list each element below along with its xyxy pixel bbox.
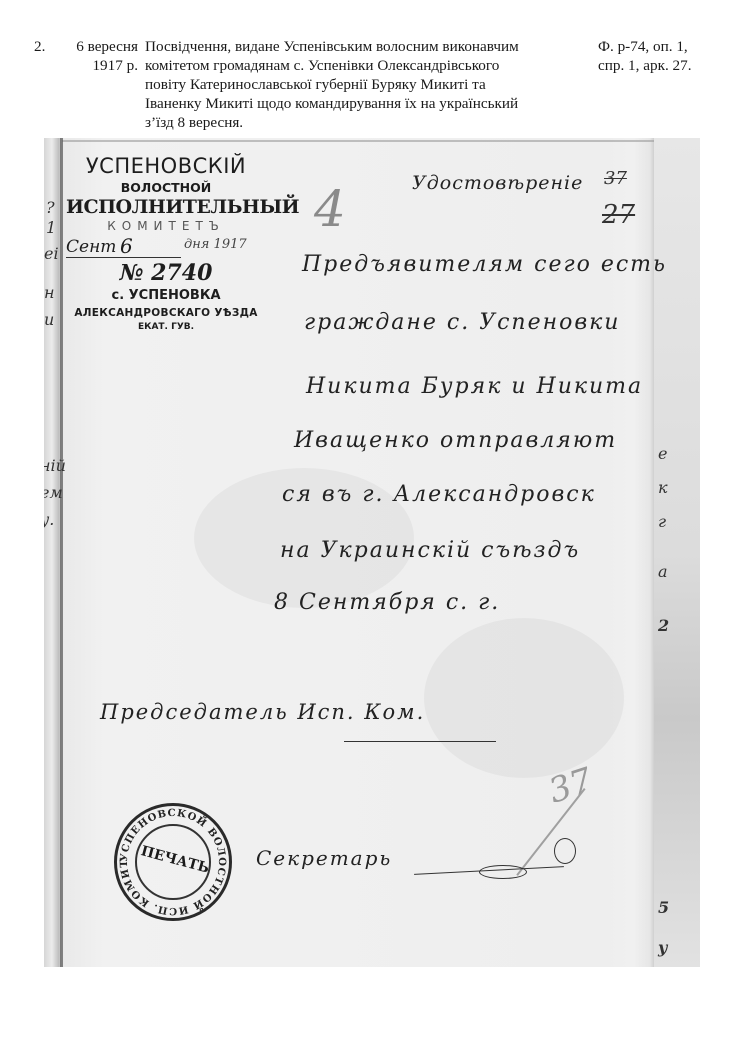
secretary-signature: Секретарь [256, 846, 392, 870]
document-title: Удостовѣреніе [412, 172, 583, 194]
entry-number: 2. [34, 37, 45, 56]
body-line: Предъявителям сего есть [302, 252, 667, 277]
margin-fragment: 1 [46, 218, 56, 237]
reference-line: спр. 1, арк. 27. [598, 56, 718, 75]
margin-fragment: 5 [658, 898, 669, 917]
body-line: Иващенко отправляют [294, 428, 617, 453]
round-seal: УСПЕНОВСКОЙ ВОЛОСТНОЙ ИСП. КОМИТЕТЪ ПЕЧА… [114, 803, 232, 921]
margin-fragment: е [658, 444, 667, 463]
entry-date-line: 6 вересня [54, 37, 138, 56]
seal-inner-ring: ПЕЧАТЬ [135, 824, 211, 900]
margin-fragment: к [658, 478, 668, 497]
margin-fragment: у. [44, 510, 54, 529]
stamp-date-year: дня 1917 [184, 237, 247, 252]
entry-date: 6 вересня 1917 р. [54, 37, 138, 75]
paper-stain [424, 618, 624, 778]
description-line: Іваненку Микиті щодо командирування їх н… [145, 94, 585, 113]
description-line: з’їзд 8 вересня. [145, 113, 585, 132]
entry-description: Посвідчення, видане Успенівським волосни… [145, 37, 585, 132]
margin-fragment: ем [44, 483, 63, 502]
margin-fragment: н [44, 283, 55, 302]
body-line: Никита Буряк и Никита [306, 374, 643, 399]
description-line: повіту Катеринославської губернії Буряку… [145, 75, 585, 94]
reference-line: Ф. р-74, оп. 1, [598, 37, 718, 56]
document-scan: ? 1 ei н и ній ем у. е к г а 2 5 у УСПЕН… [44, 138, 700, 967]
stamp-line: УСПЕНОВСКIЙ [66, 154, 266, 178]
stamp-district: АЛЕКСАНДРОВСКАГО УѢЗДА [66, 307, 266, 319]
body-line: граждане с. Успеновки [304, 310, 620, 335]
stamp-province: ЕКАТ. ГУВ. [66, 322, 266, 332]
margin-fragment: ? [46, 198, 55, 217]
margin-fragment: и [44, 310, 54, 329]
margin-fragment: 2 [658, 616, 669, 635]
seal-center-text: ПЕЧАТЬ [136, 842, 214, 877]
chairman-signature: Председатель Исп. Ком. [100, 700, 425, 724]
stamp-village: с. УСПЕНОВКА [66, 288, 266, 303]
stamp-date: Сент 6 дня 1917 [66, 234, 266, 258]
body-line: 8 Сентября с. г. [274, 590, 500, 615]
margin-fragment: ei [44, 244, 59, 263]
body-line: на Украинскій съѣздъ [280, 538, 580, 563]
pencil-page-number: 4 [314, 180, 346, 238]
paper-fold [60, 138, 63, 967]
description-line: Посвідчення, видане Успенівським волосни… [145, 37, 585, 56]
pencil-stroke [516, 788, 585, 876]
margin-fragment: ній [44, 456, 66, 475]
paper-edge [62, 140, 656, 142]
stamp-number: № 2740 [66, 260, 266, 286]
margin-fragment: у [658, 938, 668, 957]
body-line: ся въ г. Александровск [282, 482, 596, 507]
signature-flourish [554, 838, 576, 864]
committee-stamp: УСПЕНОВСКIЙ ВОЛОСТНОЙ ИСПОЛНИТЕЛЬНЫЙ КОМ… [66, 154, 266, 332]
entry-date-line: 1917 р. [54, 56, 138, 75]
stamp-line: КОМИТЕТЪ [66, 219, 266, 233]
stamp-line: ИСПОЛНИТЕЛЬНЫЙ [66, 196, 266, 218]
stamp-line: ВОЛОСТНОЙ [66, 180, 266, 195]
stamp-date-day: 6 [120, 234, 133, 258]
folio-number-crossed: 27 [602, 200, 635, 230]
archive-reference: Ф. р-74, оп. 1, спр. 1, арк. 27. [598, 37, 718, 75]
margin-fragment: г [658, 512, 666, 531]
signature-flourish [479, 865, 527, 879]
margin-fragment: а [658, 562, 668, 581]
description-line: комітетом громадянам с. Успенівки Олекса… [145, 56, 585, 75]
signature-underline [344, 741, 496, 742]
folio-number-crossed: 37 [604, 168, 627, 189]
